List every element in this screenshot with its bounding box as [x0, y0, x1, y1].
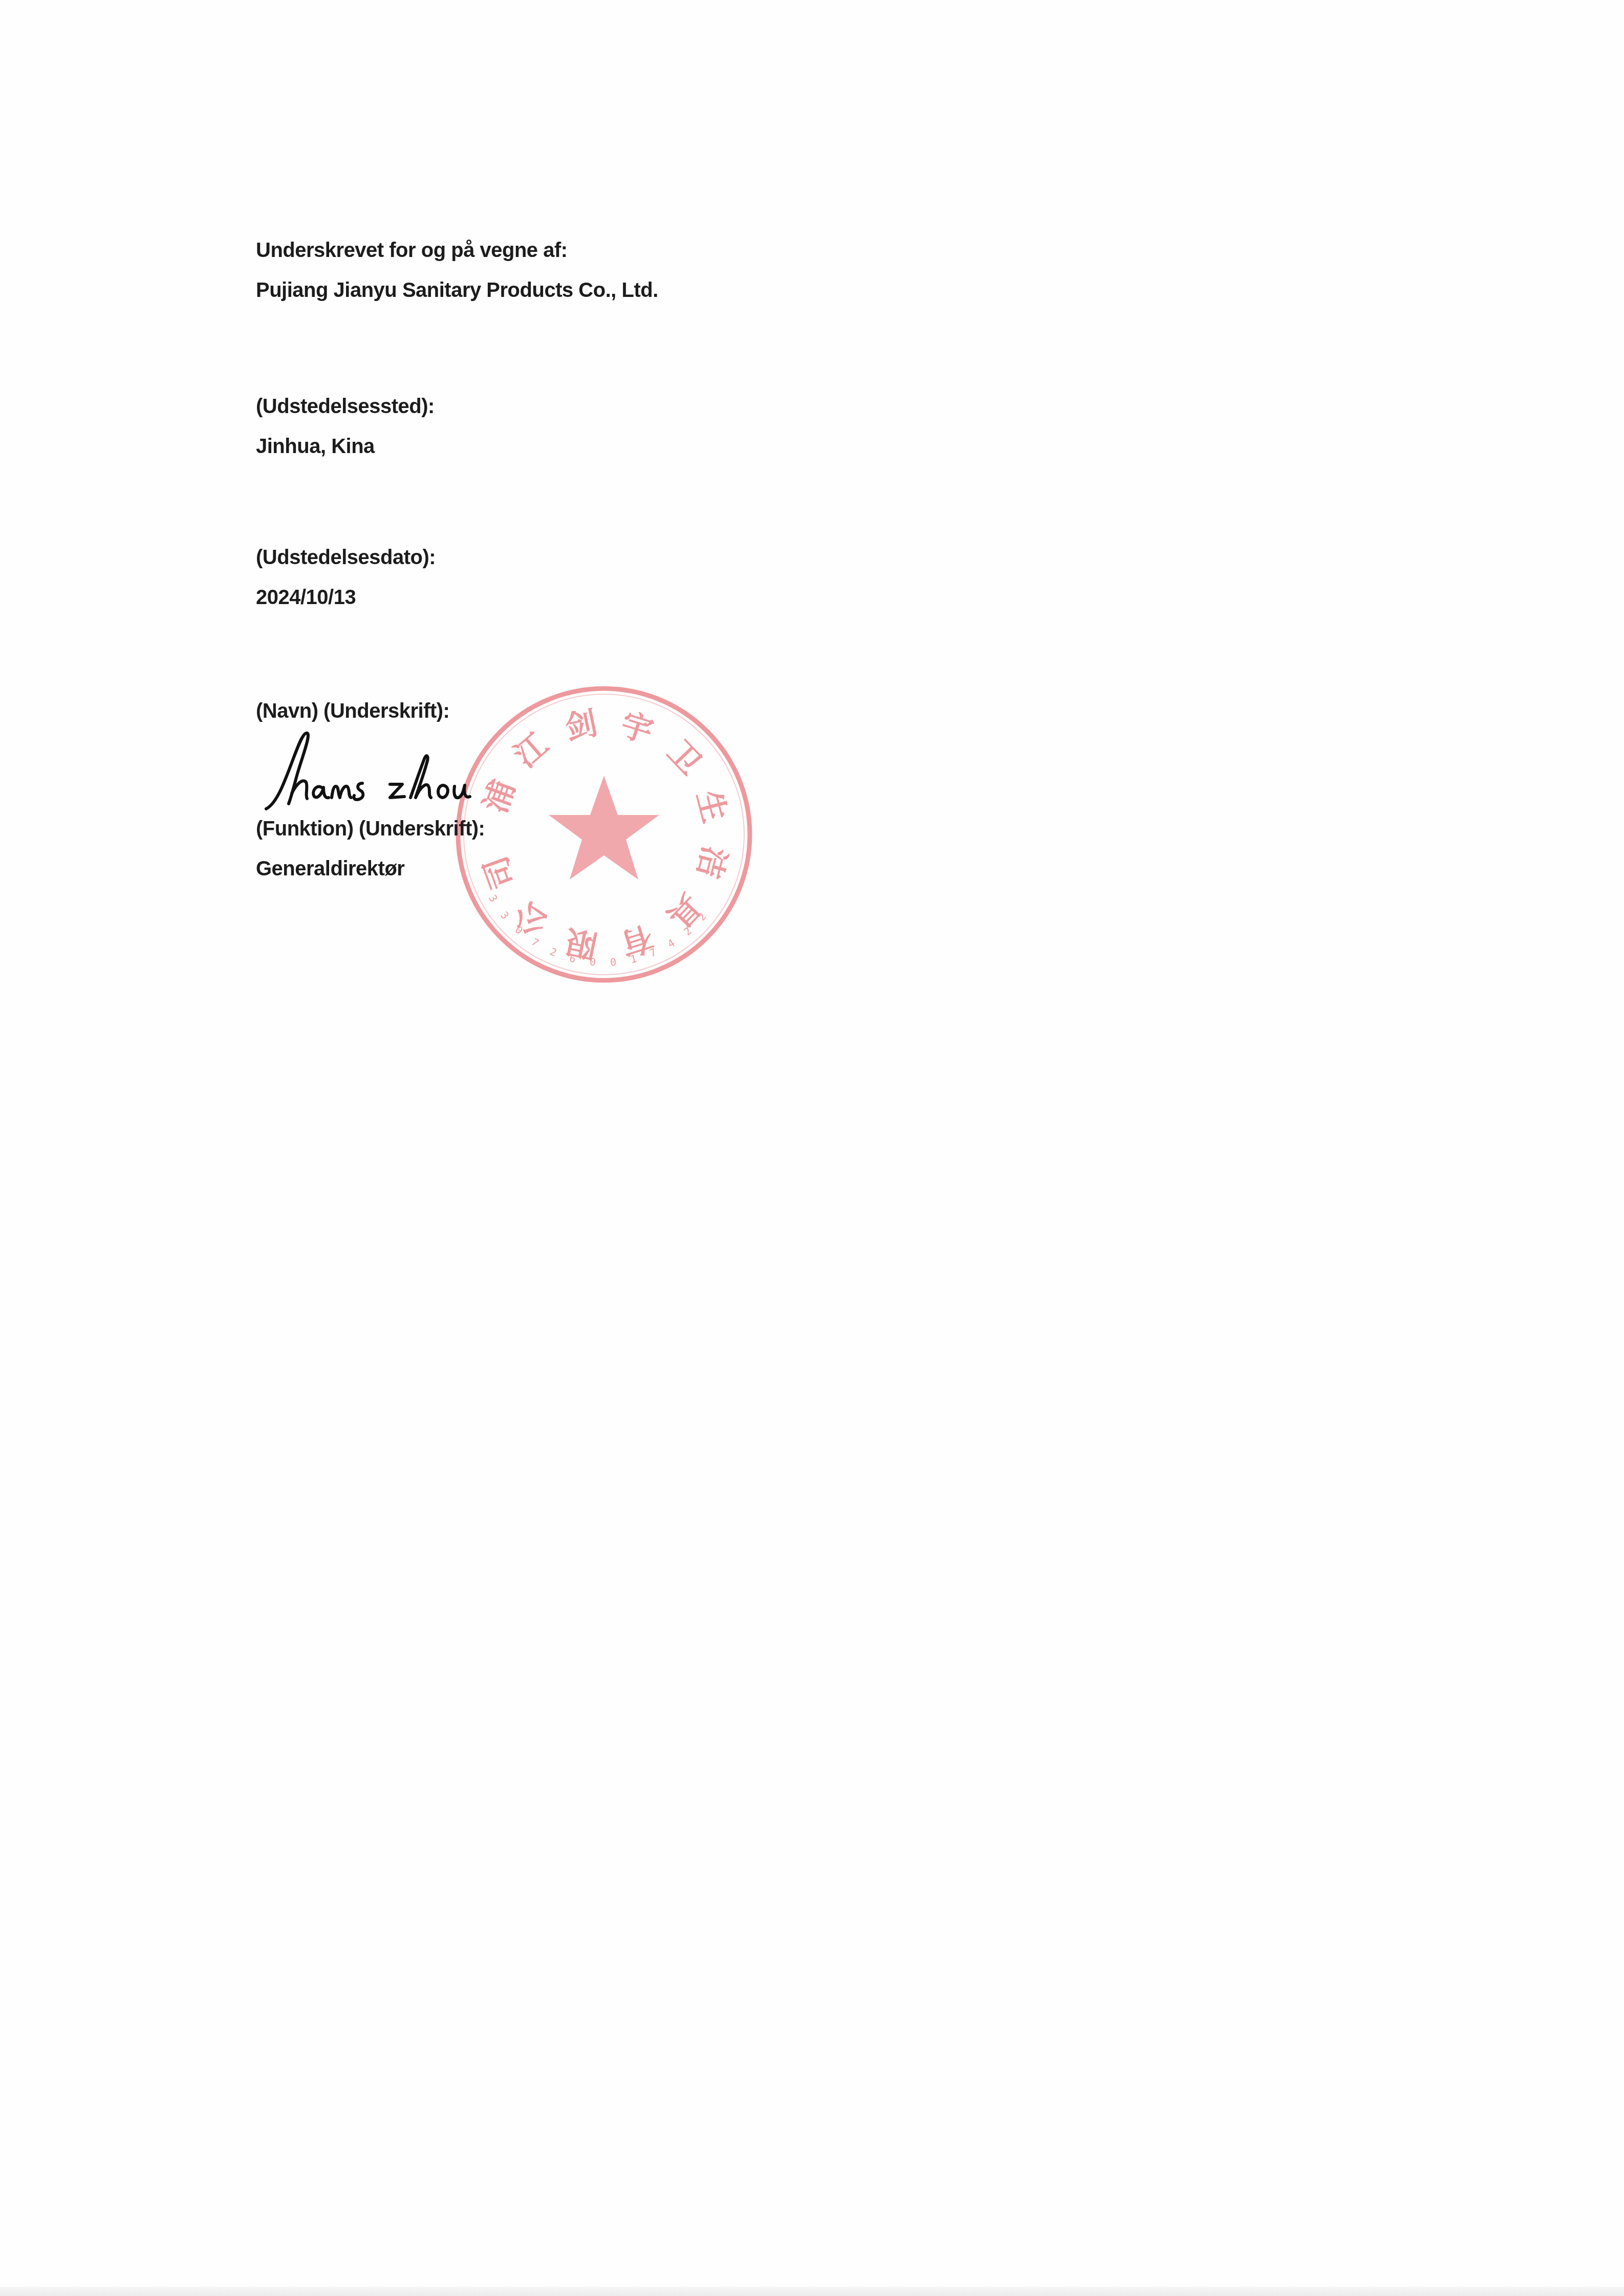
place-of-issue-label: (Udstedelsessted):	[256, 387, 435, 426]
star-icon	[549, 776, 659, 879]
svg-text:2: 2	[548, 945, 559, 959]
function-signature-block: (Funktion) (Underskrift): Generaldirektø…	[256, 809, 485, 889]
place-of-issue-value: Jinhua, Kina	[256, 426, 435, 466]
svg-text:剑: 剑	[562, 704, 601, 747]
signed-on-behalf-label: Underskrevet for og på vegne af:	[256, 230, 658, 270]
date-of-issue-value: 2024/10/13	[256, 577, 436, 617]
document-page: Underskrevet for og på vegne af: Pujiang…	[0, 0, 1624, 2296]
svg-text:4: 4	[665, 936, 677, 950]
function-signature-label: (Funktion) (Underskrift):	[256, 809, 485, 849]
function-value: Generaldirektør	[256, 849, 485, 889]
svg-text:公: 公	[507, 894, 555, 943]
name-signature-block: (Navn) (Underskrift):	[256, 691, 449, 731]
svg-text:宇: 宇	[616, 705, 658, 750]
company-name: Pujiang Jianyu Sanitary Products Co., Lt…	[256, 270, 658, 310]
signatory-block: Underskrevet for og på vegne af: Pujiang…	[256, 230, 658, 310]
place-of-issue-block: (Udstedelsessted): Jinhua, Kina	[256, 387, 435, 466]
date-of-issue-label: (Udstedelsesdato):	[256, 538, 436, 577]
svg-text:0: 0	[589, 956, 596, 969]
date-of-issue-block: (Udstedelsesdato): 2024/10/13	[256, 538, 436, 617]
svg-text:0: 0	[610, 956, 617, 969]
svg-text:生: 生	[689, 786, 733, 826]
svg-text:卫: 卫	[660, 733, 709, 782]
svg-text:洁: 洁	[689, 843, 733, 883]
handwritten-signature	[256, 727, 522, 814]
page-bottom-edge	[0, 2287, 1624, 2296]
name-signature-label: (Navn) (Underskrift):	[256, 691, 449, 731]
svg-text:3: 3	[486, 893, 500, 904]
